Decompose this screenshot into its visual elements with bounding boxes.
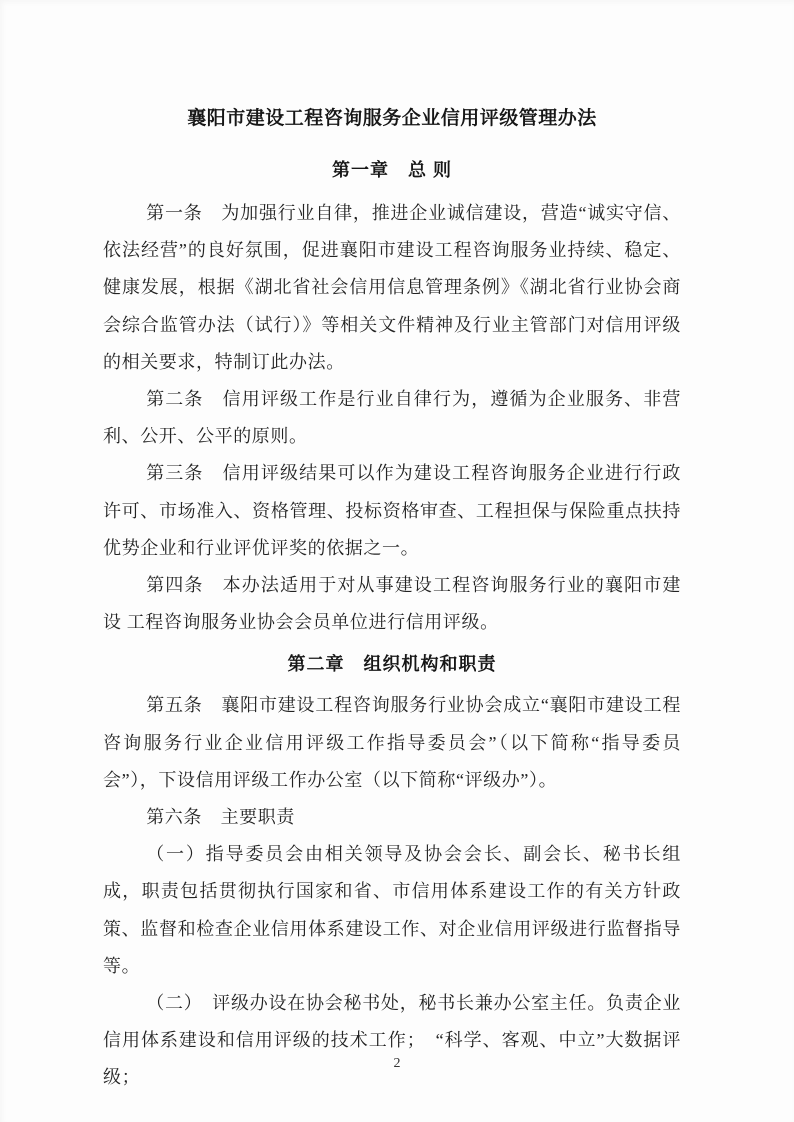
article-6-item-2: （二） 评级办设在协会秘书处，秘书长兼办公室主任。负责企业信用体系建设和信用评级…: [103, 985, 681, 1097]
article-5: 第五条 襄阳市建设工程咨询服务行业协会成立“襄阳市建设工程咨询服务行业企业信用评…: [103, 687, 681, 799]
article-4: 第四条 本办法适用于对从事建设工程咨询服务行业的襄阳市建设 工程咨询服务业协会会…: [103, 567, 681, 641]
article-6-heading: 第六条 主要职责: [103, 799, 681, 836]
chapter-2-heading: 第二章 组织机构和职责: [103, 651, 681, 678]
article-6-item-1: （一）指导委员会由相关领导及协会会长、副会长、秘书长组成，职责包括贯彻执行国家和…: [103, 836, 681, 985]
article-1: 第一条 为加强行业自律，推进企业诚信建设，营造“诚实守信、依法经营”的良好氛围，…: [103, 195, 681, 381]
document-content: 襄阳市建设工程咨询服务企业信用评级管理办法 第一章 总 则 第一条 为加强行业自…: [103, 0, 681, 1097]
article-2: 第二条 信用评级工作是行业自律行为，遵循为企业服务、非营利、公开、公平的原则。: [103, 381, 681, 455]
body-text: 第一条 为加强行业自律，推进企业诚信建设，营造“诚实守信、依法经营”的良好氛围，…: [103, 195, 681, 1097]
article-3: 第三条 信用评级结果可以作为建设工程咨询服务企业进行行政许可、市场准入、资格管理…: [103, 455, 681, 567]
document-page: 襄阳市建设工程咨询服务企业信用评级管理办法 第一章 总 则 第一条 为加强行业自…: [0, 0, 794, 1122]
chapter-1-heading: 第一章 总 则: [103, 157, 681, 184]
document-title: 襄阳市建设工程咨询服务企业信用评级管理办法: [103, 106, 681, 132]
page-number: 2: [0, 1055, 794, 1073]
